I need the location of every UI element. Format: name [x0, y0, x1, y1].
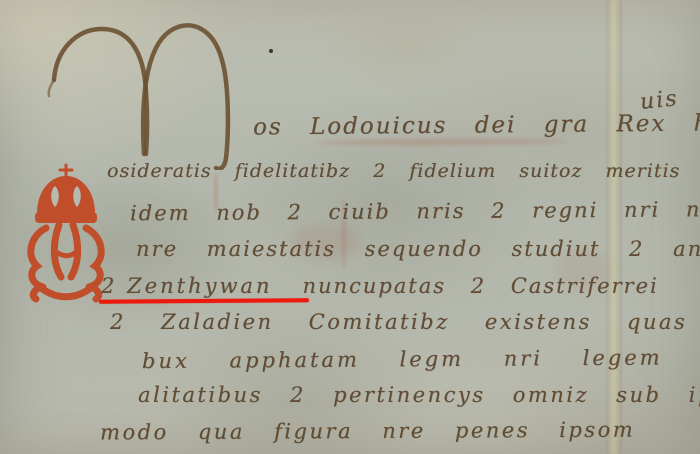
- text-line-5-rest: nuncupatas 2 Castriferrei: [302, 274, 658, 298]
- ink-speck: [269, 49, 273, 53]
- underlined-place-name: 2 Zenthywan: [101, 274, 272, 298]
- text-line-9: modo qua figura nre penes ipsom: [100, 418, 635, 445]
- text-line-3: idem nob 2 ciuib nris 2 regni nri negocy…: [130, 197, 700, 226]
- manuscript-scan-page: os Lodouicus dei gra Rex hungarie uis os…: [0, 0, 700, 454]
- text-line-2: osideratis fidelitatibz 2 fidelium suito…: [107, 160, 680, 182]
- text-line-8: alitatibus 2 pertinencys omniz sub ipar: [138, 383, 700, 407]
- text-fragment-top-right: uis: [639, 86, 680, 115]
- text-line-1: os Lodouicus dei gra Rex hungarie: [253, 110, 700, 141]
- text-line-6: 2 Zaladien Comitatibz existens quas: [110, 310, 687, 334]
- text-line-4: nre maiestatis sequendo studiut 2 anheli…: [136, 237, 700, 261]
- text-line-7: bux apphatam legm nri legem ma: [142, 345, 700, 373]
- red-underline-annotation: [99, 298, 309, 303]
- text-line-5: 2 Zenthywannuncupatas 2 Castriferrei: [101, 274, 659, 298]
- initial-letter-n: [42, 20, 242, 170]
